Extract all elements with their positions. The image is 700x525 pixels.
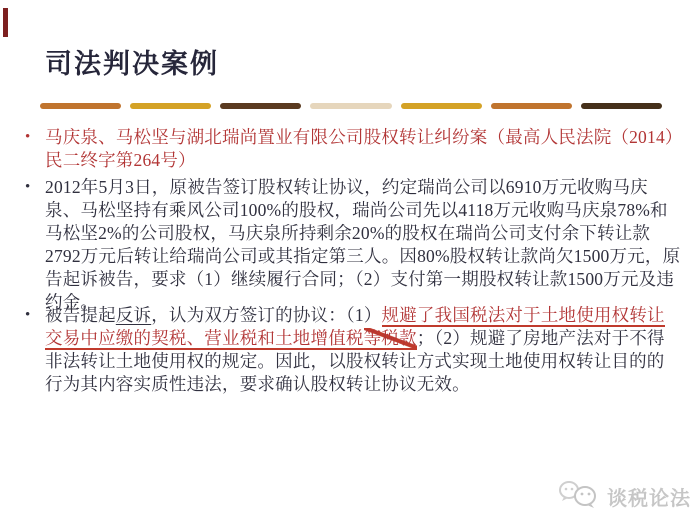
slide: 司法判决案例 • 马庆泉、马松坚与湖北瑞尚置业有限公司股权转让纠纷案（最高人民法… bbox=[0, 0, 700, 525]
bullet-case-heading: • 马庆泉、马松坚与湖北瑞尚置业有限公司股权转让纠纷案（最高人民法院（2014）… bbox=[23, 126, 683, 172]
counterclaim-underlined-term: 反诉 bbox=[116, 305, 151, 325]
accent-bar bbox=[130, 103, 211, 109]
bullet-marker: • bbox=[23, 304, 45, 396]
counterclaim-intro: 被告提起 bbox=[45, 305, 116, 325]
bullet-marker: • bbox=[23, 126, 45, 172]
accent-bar bbox=[491, 103, 572, 109]
logo-text: 谈税论法 bbox=[607, 482, 691, 511]
accent-bar bbox=[401, 103, 482, 109]
case-heading-text: 马庆泉、马松坚与湖北瑞尚置业有限公司股权转让纠纷案（最高人民法院（2014）民二… bbox=[45, 126, 681, 172]
counterclaim-red-slashed: 等税款 bbox=[364, 328, 417, 350]
accent-bar-row bbox=[40, 103, 662, 109]
accent-bar bbox=[220, 103, 301, 109]
accent-bar bbox=[581, 103, 662, 109]
bullet-marker: • bbox=[23, 176, 45, 314]
accent-bar bbox=[310, 103, 391, 109]
slide-title: 司法判决案例 bbox=[45, 42, 219, 81]
counterclaim-text: 被告提起反诉，认为双方签订的协议：（1）规避了我国税法对于土地使用权转让交易中应… bbox=[45, 304, 681, 396]
bullet-counterclaim: • 被告提起反诉，认为双方签订的协议：（1）规避了我国税法对于土地使用权转让交易… bbox=[23, 304, 683, 396]
corner-accent-mark bbox=[3, 8, 8, 37]
wechat-icon bbox=[558, 479, 600, 514]
bullet-case-facts: • 2012年5月3日，原被告签订股权转让协议，约定瑞尚公司以6910万元收购马… bbox=[23, 176, 683, 314]
accent-bar bbox=[40, 103, 121, 109]
watermark-logo: 谈税论法 bbox=[558, 479, 691, 514]
case-facts-text: 2012年5月3日，原被告签订股权转让协议，约定瑞尚公司以6910万元收购马庆泉… bbox=[45, 176, 681, 314]
counterclaim-mid: ，认为双方签订的协议：（1） bbox=[151, 305, 381, 325]
